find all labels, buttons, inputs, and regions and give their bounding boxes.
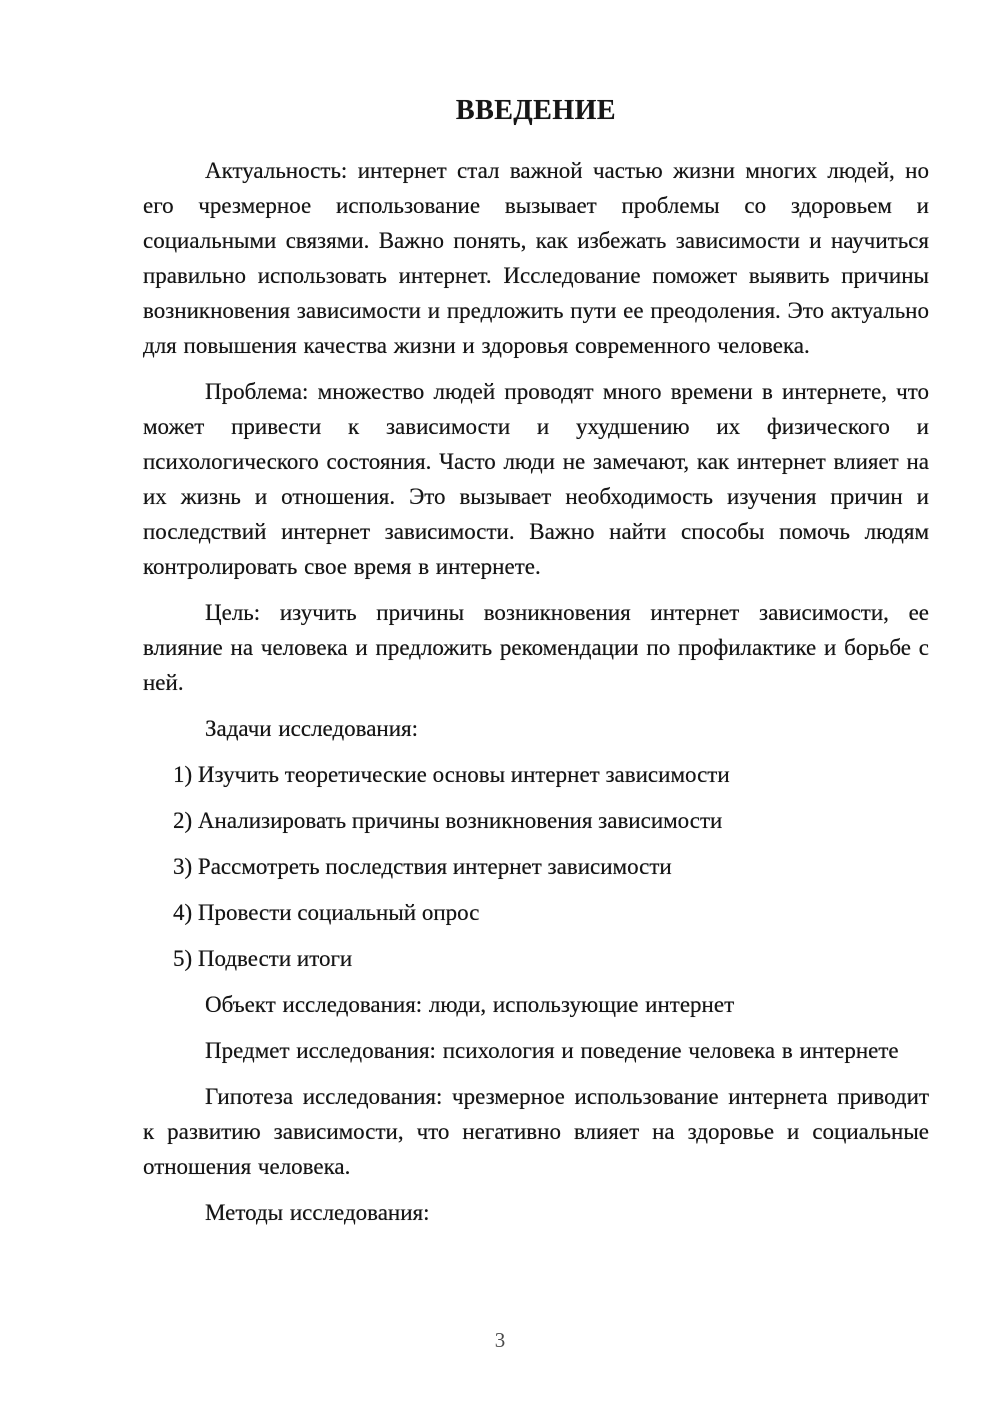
section-title: ВВЕДЕНИЕ: [143, 93, 929, 128]
methods-heading: Методы исследования:: [143, 1195, 929, 1230]
paragraph-problem: Проблема: множество людей проводят много…: [143, 374, 929, 584]
document-content: ВВЕДЕНИЕ Актуальность: интернет стал важ…: [143, 93, 929, 1241]
tasks-heading: Задачи исследования:: [143, 711, 929, 746]
paragraph-actuality: Актуальность: интернет стал важной часть…: [143, 153, 929, 363]
document-page: ВВЕДЕНИЕ Актуальность: интернет стал важ…: [0, 0, 1000, 1414]
task-item-5: 5) Подвести итоги: [143, 941, 929, 976]
paragraph-goal: Цель: изучить причины возникновения инте…: [143, 595, 929, 700]
paragraph-object: Объект исследования: люди, использующие …: [143, 987, 929, 1022]
task-item-1: 1) Изучить теоретические основы интернет…: [143, 757, 929, 792]
task-item-3: 3) Рассмотреть последствия интернет зави…: [143, 849, 929, 884]
task-item-4: 4) Провести социальный опрос: [143, 895, 929, 930]
paragraph-hypothesis: Гипотеза исследования: чрезмерное исполь…: [143, 1079, 929, 1184]
tasks-list: 1) Изучить теоретические основы интернет…: [143, 757, 929, 976]
page-number: 3: [0, 1326, 1000, 1354]
paragraph-subject: Предмет исследования: психология и повед…: [143, 1033, 929, 1068]
task-item-2: 2) Анализировать причины возникновения з…: [143, 803, 929, 838]
